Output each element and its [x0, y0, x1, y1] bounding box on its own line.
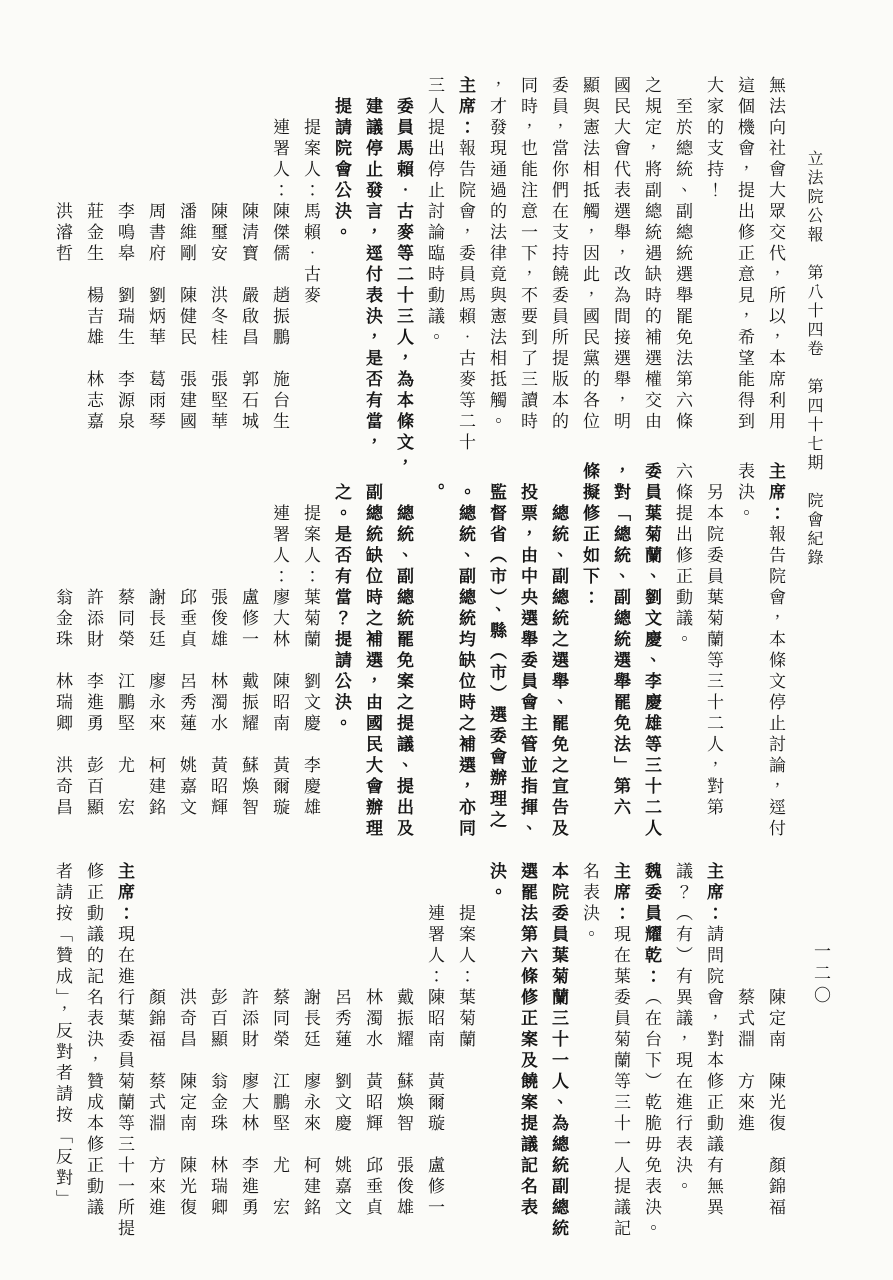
text-column: 副總統缺位時之補選，由國民大會辦理: [356, 462, 387, 860]
text-column: 連署人：廖大林 陳昭南 黃爾璇: [263, 462, 294, 860]
text-column: 總統、副總統罷免案之提議、提出及: [387, 462, 418, 860]
speaker-prefix: 主席：: [765, 462, 785, 525]
text-column: 呂秀蓮 劉文慶 姚嘉文: [325, 862, 356, 1280]
speaker-prefix: 魏委員耀乾：: [641, 862, 661, 988]
text-column: 主席：現在葉委員菊蘭等三十一人提議記: [604, 862, 635, 1280]
text-column: 林濁水 黃昭輝 邱垂貞: [356, 862, 387, 1280]
text-column: 決。: [480, 862, 511, 1280]
text-column: 提請院會公決。: [325, 76, 356, 462]
text-column: ，對「總統、副總統選舉罷免法」第六: [604, 462, 635, 860]
text-column: 陳清寶 嚴啟昌 郭石城: [232, 76, 263, 462]
text-column: 提案人：馬賴．古麥: [294, 76, 325, 462]
text-column: ，才發現通過的法律竟與憲法相抵觸。: [480, 76, 511, 462]
text-column: 提案人：葉菊蘭 劉文慶 李慶雄: [294, 462, 325, 860]
page-number: 一二〇: [808, 942, 833, 1022]
text-column: 至於總統、副總統選舉罷免法第六條: [666, 76, 697, 462]
text-column: 許添財 廖大林 李進勇: [232, 862, 263, 1280]
text-column: 主席：報告院會，委員馬賴．古麥等二十: [449, 76, 480, 462]
text-column: 這個機會，提出修正意見，希望能得到: [728, 76, 759, 462]
text-column: 潘維剛 陳健民 張建國: [170, 76, 201, 462]
text-column: 許添財 李進勇 彭百顯: [77, 462, 108, 860]
text-column: 議？（有）有異議，現在進行表決。: [666, 862, 697, 1280]
text-column: 蔡式淵 方來進: [728, 862, 759, 1280]
text-column: 盧修一 戴振耀 蘇煥智: [232, 462, 263, 860]
text-column: 修正動議的記名表決，贊成本修正動議: [77, 862, 108, 1280]
text-column: 謝長廷 廖永來 柯建銘: [294, 862, 325, 1280]
speaker-prefix: 主席：: [455, 76, 475, 139]
text-column: 陳定南 陳光復 顏錦福: [759, 862, 790, 1280]
text-column: 翁金珠 林瑞卿 洪奇昌: [46, 462, 77, 860]
text-column: 表決。: [728, 462, 759, 860]
text-column: 總統、副總統之選舉、罷免之宣告及: [542, 462, 573, 860]
text-column: 主席：現在進行葉委員菊蘭等三十一所提: [108, 862, 139, 1280]
text-column: 洪奇昌 陳定南 陳光復: [170, 862, 201, 1280]
text-column: 魏委員耀乾：（在台下）乾脆毋免表決。: [635, 862, 666, 1280]
gazette-page: 立法院公報 第八十四卷 第四十七期 院會紀錄 一二〇 無法向社會大眾交代，所以，…: [0, 0, 893, 1280]
text-column: 謝長廷 廖永來 柯建銘: [139, 462, 170, 860]
text-tier-1: 無法向社會大眾交代，所以，本席利用這個機會，提出修正意見，希望能得到大家的支持！…: [45, 76, 790, 462]
text-column: 。總統、副總統均缺位時之補選，亦同: [449, 462, 480, 860]
text-column: 蔡同榮 江鵬堅 尤 宏: [263, 862, 294, 1280]
text-column: 另本院委員葉菊蘭等三十二人，對第: [697, 462, 728, 860]
text-tier-2: 主席：報告院會，本條文停止討論，逕付表決。另本院委員葉菊蘭等三十二人，對第六條提…: [45, 462, 790, 860]
text-column: 李鳴皋 劉瑞生 李源泉: [108, 76, 139, 462]
text-column: 周書府 劉炳華 葛雨琴: [139, 76, 170, 462]
text-column: 六條提出修正動議。: [666, 462, 697, 860]
speaker-prefix: 主席：: [610, 862, 630, 925]
text-column: 陳璽安 洪冬桂 張堅華: [201, 76, 232, 462]
text-column: 顏錦福 蔡式淵 方來進: [139, 862, 170, 1280]
text-column: 三人提出停止討論臨時動議。: [418, 76, 449, 462]
text-column: 條擬修正如下：: [573, 462, 604, 860]
text-column: 主席：請問院會，對本修正動議有無異: [697, 862, 728, 1280]
text-column: 邱垂貞 呂秀蓮 姚嘉文: [170, 462, 201, 860]
text-column: 蔡同榮 江鵬堅 尤 宏: [108, 462, 139, 860]
text-column: 顯與憲法相抵觸，因此，國民黨的各位: [573, 76, 604, 462]
text-column: 名表決。: [573, 862, 604, 1280]
text-column: 之規定，將副總統遇缺時的補選權交由: [635, 76, 666, 462]
text-column: 建議停止發言，逕付表決，是否有當，: [356, 76, 387, 462]
text-column: 提案人：葉菊蘭: [449, 862, 480, 1280]
text-column: 委員，當你們在支持饒委員所提版本的: [542, 76, 573, 462]
text-column: 洪濬哲: [46, 76, 77, 462]
text-column: 監督省（市）、縣（市）選委會辦理之: [480, 462, 511, 860]
text-column: 主席：報告院會，本條文停止討論，逕付: [759, 462, 790, 860]
text-column: 無法向社會大眾交代，所以，本席利用: [759, 76, 790, 462]
text-column: 國民大會代表選舉，改為間接選舉，明: [604, 76, 635, 462]
text-column: 委員葉菊蘭、劉文慶、李慶雄等三十二人: [635, 462, 666, 860]
text-column: 連署人：陳昭南 黃爾璇 盧修一: [418, 862, 449, 1280]
text-column: 張俊雄 林濁水 黃昭輝: [201, 462, 232, 860]
text-column: 委員馬賴．古麥等二十三人，為本條文，: [387, 76, 418, 462]
text-column: 投票，由中央選舉委員會主管並指揮、: [511, 462, 542, 860]
text-column: 莊金生 楊吉雄 林志嘉: [77, 76, 108, 462]
text-column: 同時，也能注意一下，不要到了三讀時: [511, 76, 542, 462]
text-column: 大家的支持！: [697, 76, 728, 462]
text-column: 連署人：陳傑儒 趙振鵬 施台生: [263, 76, 294, 462]
text-column: 彭百顯 翁金珠 林瑞卿: [201, 862, 232, 1280]
text-column: 者請按「贊成」，反對者請按「反對」: [46, 862, 77, 1280]
page-header: 立法院公報 第八十四卷 第四十七期 院會紀錄: [803, 150, 826, 630]
text-column: 本院委員葉菊蘭三十一人、為總統副總統: [542, 862, 573, 1280]
text-column: 戴振耀 蘇煥智 張俊雄: [387, 862, 418, 1280]
speaker-prefix: 主席：: [703, 862, 723, 925]
speaker-prefix: 主席：: [114, 862, 134, 925]
text-tier-3: 陳定南 陳光復 顏錦福蔡式淵 方來進主席：請問院會，對本修正動議有無異議？（有）…: [45, 862, 790, 1280]
text-column: 。: [418, 462, 449, 860]
text-column: 選罷法第六條修正案及饒案提議記名表: [511, 862, 542, 1280]
text-column: 之。是否有當？提請公決。: [325, 462, 356, 860]
